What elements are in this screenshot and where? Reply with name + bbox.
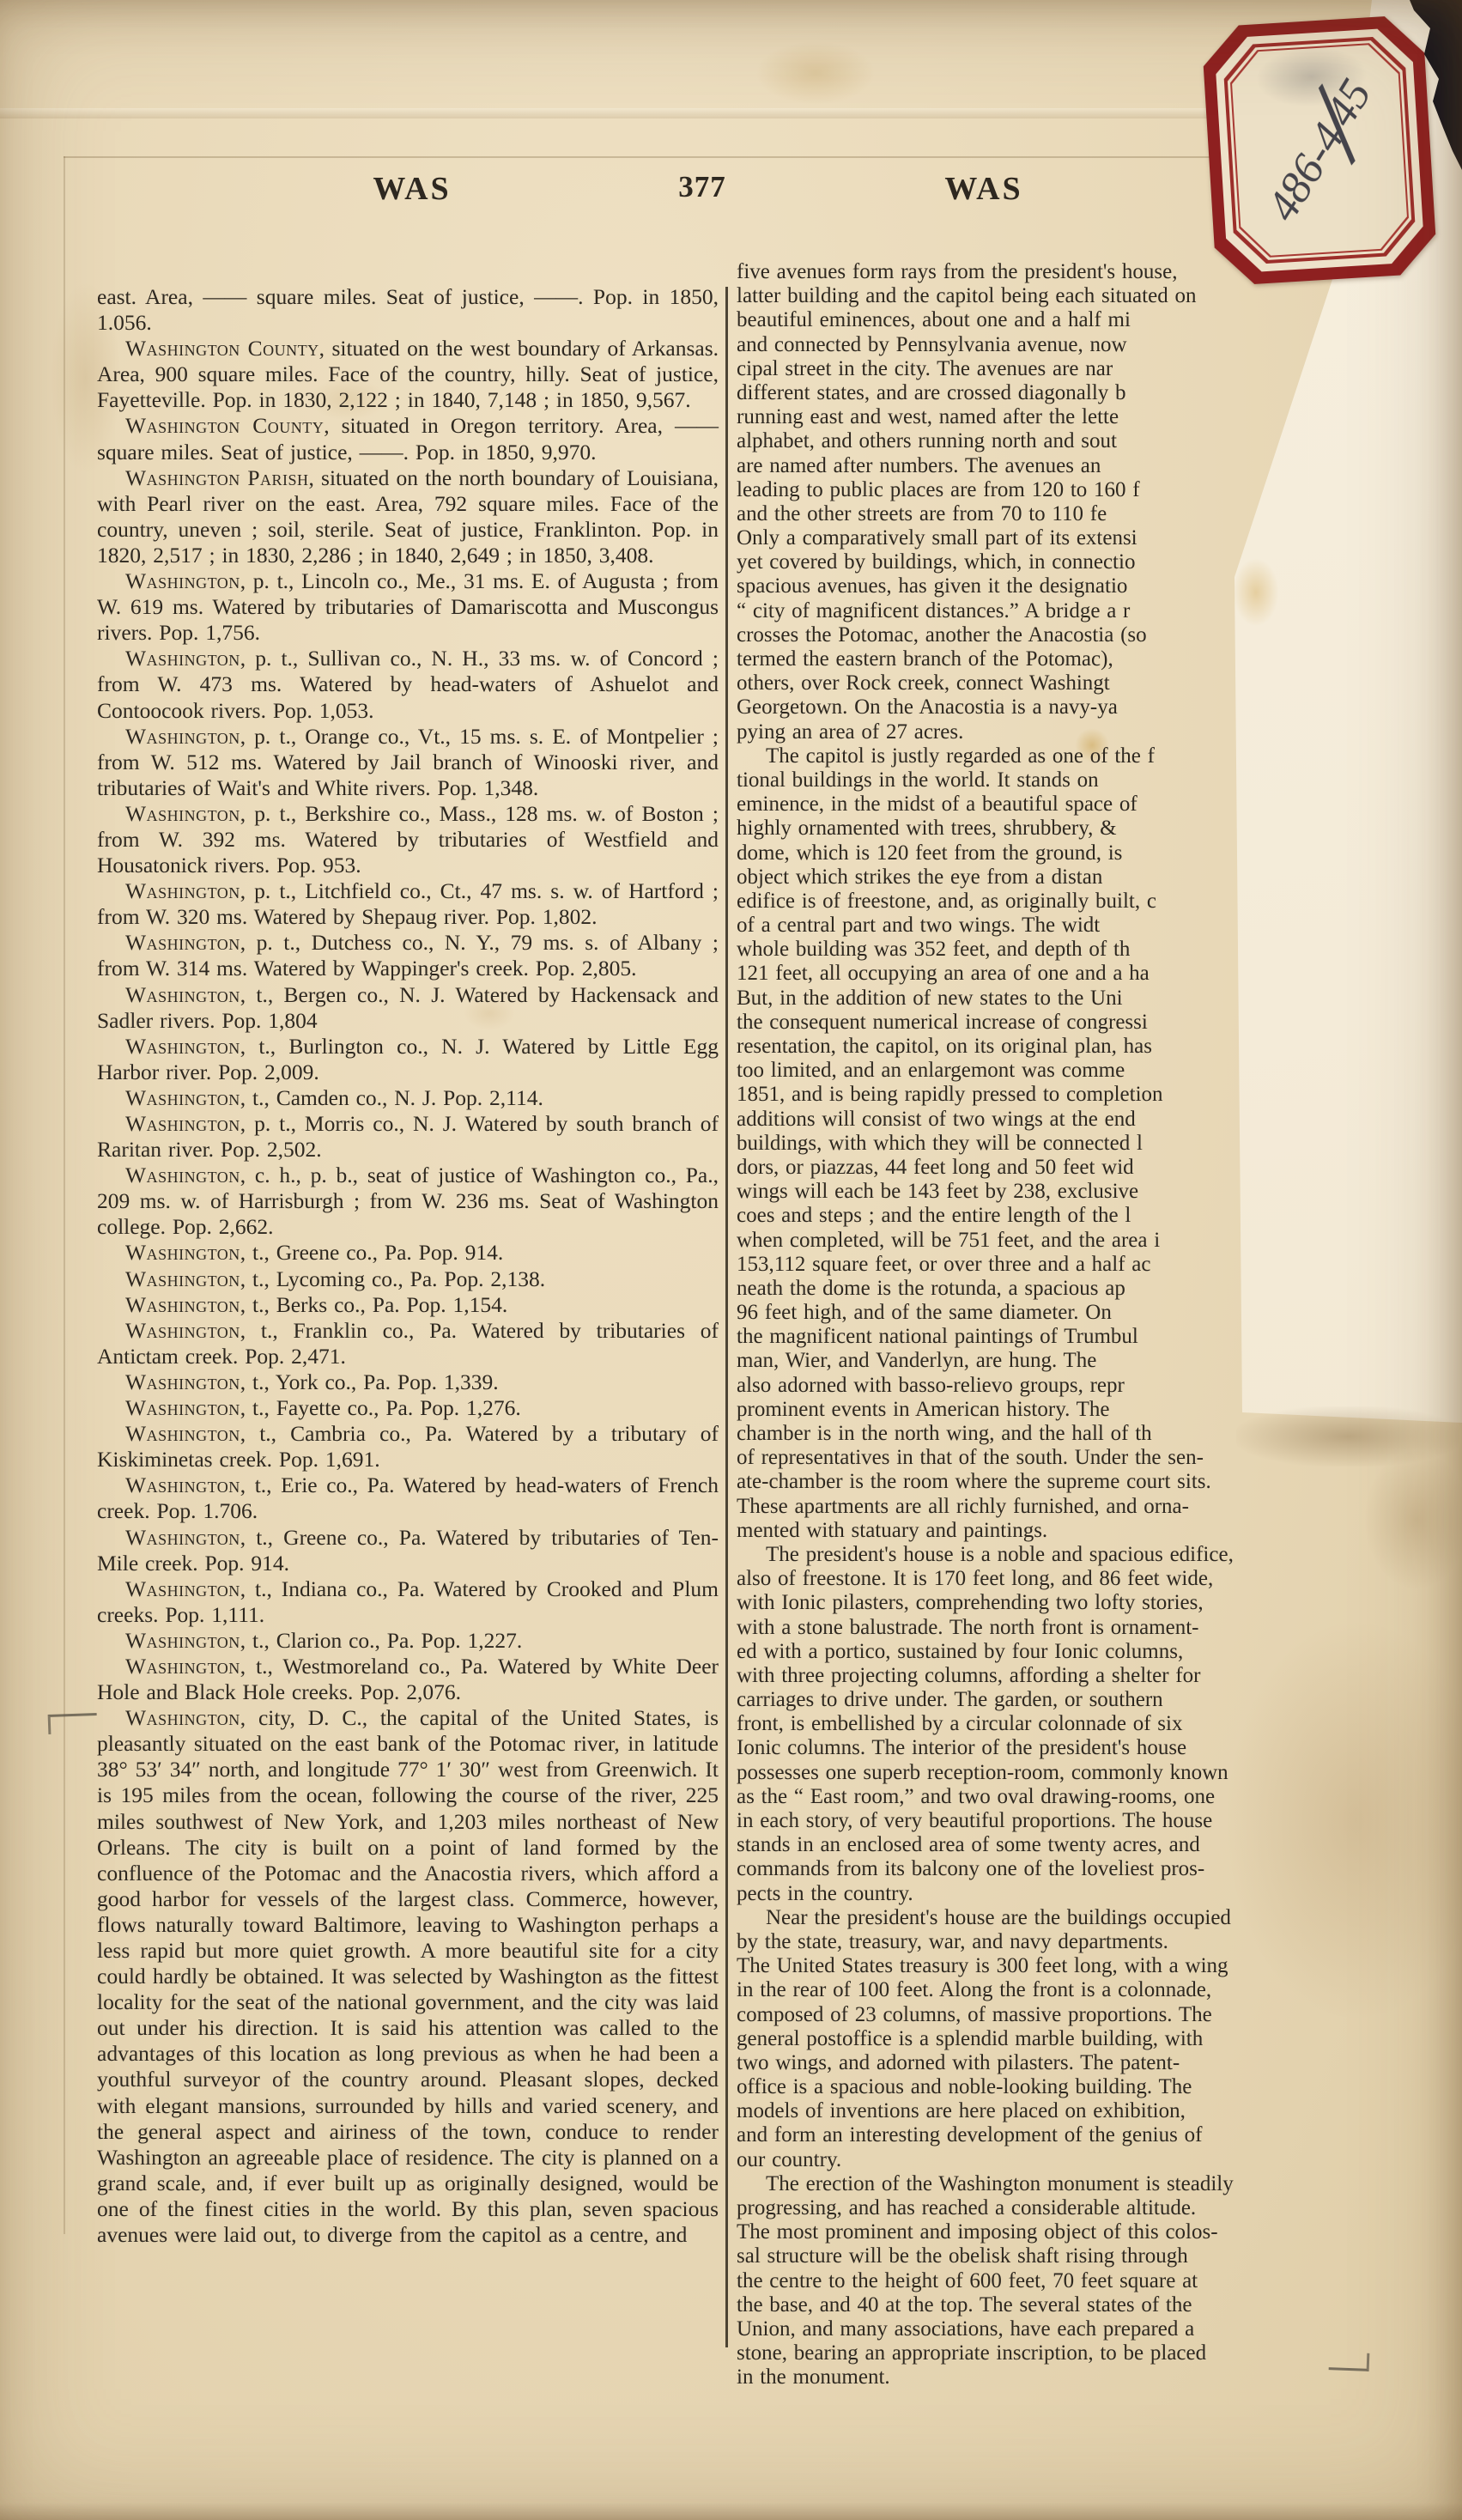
text-line: of representatives in that of the south.…: [737, 1446, 1374, 1470]
text-line: mented with statuary and paintings.: [737, 1519, 1374, 1543]
text-line: and connected by Pennsylvania avenue, no…: [737, 333, 1374, 357]
header-catchword-left: WAS: [343, 170, 481, 208]
text-line: Union, and many associations, have each …: [737, 2317, 1374, 2341]
text-line: also of freestone. It is 170 feet long, …: [737, 1567, 1374, 1591]
gazetteer-entry: Washington, t., Franklin co., Pa. Watere…: [97, 1318, 719, 1369]
entry-lead: Washington: [125, 1266, 240, 1291]
pencil-corner-mark-left: [48, 1713, 98, 1734]
gazetteer-entry: Washington, t., Erie co., Pa. Watered by…: [97, 1473, 719, 1524]
text-line: cipal street in the city. The avenues ar…: [737, 357, 1374, 381]
entry-lead: Washington: [125, 1395, 240, 1420]
text-line: office is a spacious and noble-looking b…: [737, 2075, 1374, 2099]
text-line: These apartments are all richly furnishe…: [737, 1495, 1374, 1519]
text-line: The erection of the Washington monument …: [737, 2172, 1374, 2196]
text-line: progressing, and has reached a considera…: [737, 2196, 1374, 2220]
text-line: The most prominent and imposing object o…: [737, 2220, 1374, 2244]
gazetteer-entry: Washington, t., Clarion co., Pa. Pop. 1,…: [97, 1628, 719, 1654]
entry-lead: Washington: [125, 1576, 240, 1601]
entry-lead: Washington: [125, 1240, 240, 1265]
text-line: The United States treasury is 300 feet l…: [737, 1954, 1374, 1978]
gazetteer-entry: Washington, p. t., Morris co., N. J. Wat…: [97, 1111, 719, 1163]
entry-lead: Washington: [125, 982, 240, 1007]
entry-lead: Washington: [125, 1473, 240, 1497]
gazetteer-entry: Washington, t., Berks co., Pa. Pop. 1,15…: [97, 1292, 719, 1318]
text-line: composed of 23 columns, of massive propo…: [737, 2003, 1374, 2027]
text-line: The president's house is a noble and spa…: [737, 1543, 1374, 1567]
entry-lead: Washington: [125, 1163, 240, 1187]
gazetteer-entry: east. Area, —— square miles. Seat of jus…: [97, 284, 719, 336]
text-line: models of inventions are here placed on …: [737, 2099, 1374, 2123]
text-line: running east and west, named after the l…: [737, 405, 1374, 429]
pencil-corner-mark-bottom-right: [1329, 2352, 1370, 2371]
entry-lead: Washington: [125, 801, 240, 826]
gazetteer-entry: Washington County, situated on the west …: [97, 336, 719, 413]
entry-lead: Washington: [125, 1654, 240, 1679]
text-line: Near the president's house are the build…: [737, 1906, 1374, 1930]
gazetteer-entry: Washington, p. t., Orange co., Vt., 15 m…: [97, 724, 719, 801]
entry-lead: Washington: [125, 1292, 240, 1317]
text-line: latter building and the capitol being ea…: [737, 284, 1374, 308]
gazetteer-entry: Washington, t., Greene co., Pa. Pop. 914…: [97, 1240, 719, 1266]
text-line: front, is embellished by a circular colo…: [737, 1712, 1374, 1736]
page-bottom-edge-shadow: [0, 2503, 1462, 2520]
text-line: with a stone balustrade. The north front…: [737, 1616, 1374, 1640]
text-line: the centre to the height of 600 feet, 70…: [737, 2269, 1374, 2293]
entry-lead: Washington Parish: [125, 465, 309, 490]
text-line: commands from its balcony one of the lov…: [737, 1857, 1374, 1881]
text-line: with Ionic pilasters, comprehending two …: [737, 1591, 1374, 1615]
text-line: general postoffice is a splendid marble …: [737, 2027, 1374, 2051]
text-line: stone, bearing an appropriate inscriptio…: [737, 2341, 1374, 2365]
entry-lead: Washington: [125, 1525, 240, 1550]
entry-lead: Washington: [125, 724, 240, 749]
text-line: the base, and 40 at the top. The several…: [737, 2293, 1374, 2317]
gazetteer-entry: Washington, p. t., Lincoln co., Me., 31 …: [97, 568, 719, 646]
gazetteer-entry: Washington, t., Fayette co., Pa. Pop. 1,…: [97, 1395, 719, 1421]
paper-stain: [1365, 1451, 1462, 1588]
header-catchword-right: WAS: [915, 170, 1053, 208]
shelf-mark-slash: /: [1326, 113, 1345, 137]
entry-lead: Washington: [125, 878, 240, 903]
fold-edge-stain: [1233, 558, 1279, 627]
entry-lead: Washington: [125, 1421, 240, 1446]
text-line: ed with a portico, sustained by four Ion…: [737, 1640, 1374, 1664]
text-line: carriages to drive under. The garden, or…: [737, 1688, 1374, 1712]
text-line: stands in an enclosed area of some twent…: [737, 1833, 1374, 1857]
text-line: different states, and are crossed diagon…: [737, 381, 1374, 405]
entry-lead: Washington County: [125, 413, 324, 438]
gazetteer-entry: Washington Parish, situated on the north…: [97, 465, 719, 568]
text-line: possesses one superb reception-room, com…: [737, 1761, 1374, 1785]
text-line: in each story, of very beautiful proport…: [737, 1809, 1374, 1833]
text-line: our country.: [737, 2148, 1374, 2172]
gazetteer-entry: Washington, t., Burlington co., N. J. Wa…: [97, 1034, 719, 1085]
scanned-gazetteer-page: WAS 377 WAS east. Area, —— square miles.…: [0, 0, 1462, 2520]
text-line: by the state, treasury, war, and navy de…: [737, 1930, 1374, 1954]
entry-lead: Washington: [125, 646, 240, 671]
text-line: in the rear of 100 feet. Along the front…: [737, 1978, 1374, 2002]
text-line: sal structure will be the obelisk shaft …: [737, 2244, 1374, 2268]
library-stamp: 486-4 / 45: [1201, 14, 1438, 286]
entry-lead: Washington: [125, 930, 240, 955]
entry-lead: Washington: [125, 1111, 240, 1136]
gazetteer-entry: Washington, p. t., Berkshire co., Mass.,…: [97, 801, 719, 878]
gazetteer-entry: Washington, t., Indiana co., Pa. Watered…: [97, 1576, 719, 1628]
paper-stain: [755, 41, 876, 105]
gazetteer-entry: Washington, c. h., p. b., seat of justic…: [97, 1163, 719, 1240]
entry-lead: Washington: [125, 1705, 240, 1730]
text-line: in the monument.: [737, 2365, 1374, 2389]
entry-lead: Washington: [125, 1085, 240, 1110]
print-frame-top-rule: [64, 156, 1350, 158]
text-line: Ionic columns. The interior of the presi…: [737, 1736, 1374, 1760]
text-line: two wings, and adorned with pilasters. T…: [737, 2051, 1374, 2075]
gazetteer-entry: Washington, t., Lycoming co., Pa. Pop. 2…: [97, 1266, 719, 1292]
entry-lead: Washington: [125, 1034, 240, 1059]
gazetteer-entry: Washington, t., Westmoreland co., Pa. Wa…: [97, 1654, 719, 1705]
entry-lead: Washington County: [125, 336, 319, 361]
entry-lead: Washington: [125, 1318, 240, 1343]
text-line: with three projecting columns, affording…: [737, 1664, 1374, 1688]
gazetteer-entry: Washington, t., Camden co., N. J. Pop. 2…: [97, 1085, 719, 1111]
gazetteer-entry: Washington, t., Bergen co., N. J. Watere…: [97, 982, 719, 1034]
column-divider-rule: [725, 287, 728, 2347]
left-column: east. Area, —— square miles. Seat of jus…: [97, 284, 719, 2248]
text-line: pects in the country.: [737, 1882, 1374, 1906]
text-line: chamber is in the north wing, and the ha…: [737, 1422, 1374, 1446]
gazetteer-entry: Washington County, situated in Oregon te…: [97, 413, 719, 465]
page-number: 377: [659, 170, 745, 204]
gazetteer-entry: Washington, city, D. C., the capital of …: [97, 1705, 719, 2248]
print-frame-left-rule: [64, 156, 65, 2234]
text-line: ate-chamber is the room where the suprem…: [737, 1470, 1374, 1494]
gazetteer-entry: Washington, p. t., Sullivan co., N. H., …: [97, 646, 719, 723]
gazetteer-entry: Washington, t., Cambria co., Pa. Watered…: [97, 1421, 719, 1473]
text-line: as the “ East room,” and two oval drawin…: [737, 1785, 1374, 1809]
gazetteer-entry: Washington, p. t., Litchfield co., Ct., …: [97, 878, 719, 930]
gazetteer-entry: Washington, p. t., Dutchess co., N. Y., …: [97, 930, 719, 981]
entry-lead: Washington: [125, 1628, 240, 1653]
entry-lead: Washington: [125, 1369, 240, 1394]
text-line: and form an interesting development of t…: [737, 2123, 1374, 2147]
entry-lead: Washington: [125, 568, 240, 593]
gazetteer-entry: Washington, t., Greene co., Pa. Watered …: [97, 1525, 719, 1576]
text-line: beautiful eminences, about one and a hal…: [737, 308, 1374, 332]
gazetteer-entry: Washington, t., York co., Pa. Pop. 1,339…: [97, 1369, 719, 1395]
